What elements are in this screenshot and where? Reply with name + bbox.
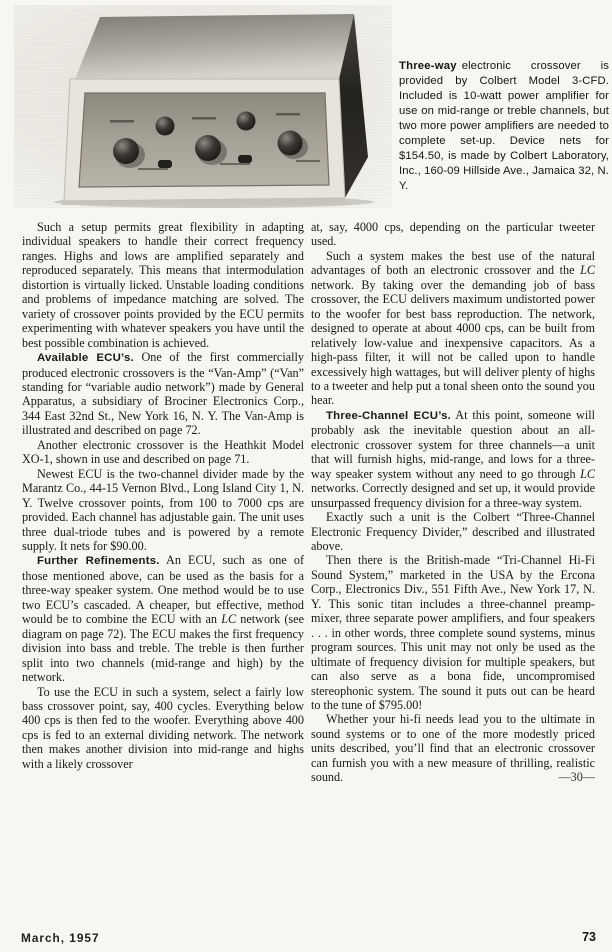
switch-icon bbox=[158, 160, 172, 168]
magazine-page: Three-wayelectronic crossover is provide… bbox=[0, 0, 612, 952]
knob-icon bbox=[113, 138, 139, 164]
knob-icon bbox=[278, 131, 303, 156]
body-text: networks. Correctly designed and set up,… bbox=[311, 481, 595, 509]
body-text: Then there is the British-made “Tri-Chan… bbox=[311, 553, 595, 712]
paragraph: Further Refinements. An ECU, such as one… bbox=[22, 553, 304, 684]
panel-label bbox=[276, 113, 300, 116]
body-text: Newest ECU is the two-channel divider ma… bbox=[22, 467, 304, 553]
section-lead-in: Available ECU’s. bbox=[37, 352, 134, 364]
paragraph: Newest ECU is the two-channel divider ma… bbox=[22, 467, 304, 554]
panel-label bbox=[192, 117, 216, 120]
body-text: Another electronic crossover is the Heat… bbox=[22, 438, 304, 466]
paragraph: Such a system makes the best use of the … bbox=[311, 249, 595, 408]
panel-label bbox=[220, 163, 250, 165]
article-column-right: at, say, 4000 cps, depending on the part… bbox=[311, 220, 595, 936]
knob-icon bbox=[237, 112, 256, 131]
device-top-face bbox=[75, 14, 354, 79]
section-lead-in: Further Refinements. bbox=[37, 555, 160, 567]
panel-label bbox=[296, 160, 320, 162]
body-text: Exactly such a unit is the Colbert “Thre… bbox=[311, 510, 595, 553]
body-text: at, say, 4000 cps, depending on the part… bbox=[311, 220, 595, 248]
article-column-left: Such a setup permits great flexibility i… bbox=[22, 220, 304, 936]
section-lead-in: Three-Channel ECU’s. bbox=[326, 410, 451, 422]
page-number: 73 bbox=[582, 930, 596, 944]
photo-caption: Three-wayelectronic crossover is provide… bbox=[399, 59, 609, 193]
switch-icon bbox=[238, 155, 252, 163]
paragraph: Then there is the British-made “Tri-Chan… bbox=[311, 553, 595, 712]
panel-label bbox=[138, 168, 168, 170]
body-text: To use the ECU in such a system, select … bbox=[22, 685, 304, 771]
issue-date: March, 1957 bbox=[21, 931, 100, 945]
body-text: network. By taking over the demanding jo… bbox=[311, 278, 595, 408]
paragraph: To use the ECU in such a system, select … bbox=[22, 685, 304, 772]
knob-icon bbox=[156, 117, 175, 136]
paragraph: Another electronic crossover is the Heat… bbox=[22, 438, 304, 467]
caption-text: electronic crossover is provided by Colb… bbox=[399, 60, 609, 191]
caption-lead-in: Three-way bbox=[399, 60, 457, 72]
body-text: LC bbox=[580, 263, 595, 277]
body-text: LC bbox=[221, 612, 236, 626]
paragraph: Whether your hi-fi needs lead you to the… bbox=[311, 712, 595, 784]
panel-label bbox=[110, 120, 134, 123]
paragraph: at, say, 4000 cps, depending on the part… bbox=[311, 220, 595, 249]
paragraph: Three-Channel ECU’s. At this point, some… bbox=[311, 408, 595, 510]
knob-icon bbox=[195, 135, 221, 161]
product-photo bbox=[14, 5, 392, 208]
body-text: LC bbox=[580, 467, 595, 481]
paragraph: Exactly such a unit is the Colbert “Thre… bbox=[311, 510, 595, 553]
crossover-device-illustration bbox=[14, 5, 392, 208]
body-text: Such a setup permits great flexibility i… bbox=[22, 220, 304, 350]
article-end-mark: —30— bbox=[543, 770, 595, 784]
paragraph: Such a setup permits great flexibility i… bbox=[22, 220, 304, 350]
paragraph: Available ECU’s. One of the first commer… bbox=[22, 350, 304, 438]
body-text: Such a system makes the best use of the … bbox=[311, 249, 595, 277]
